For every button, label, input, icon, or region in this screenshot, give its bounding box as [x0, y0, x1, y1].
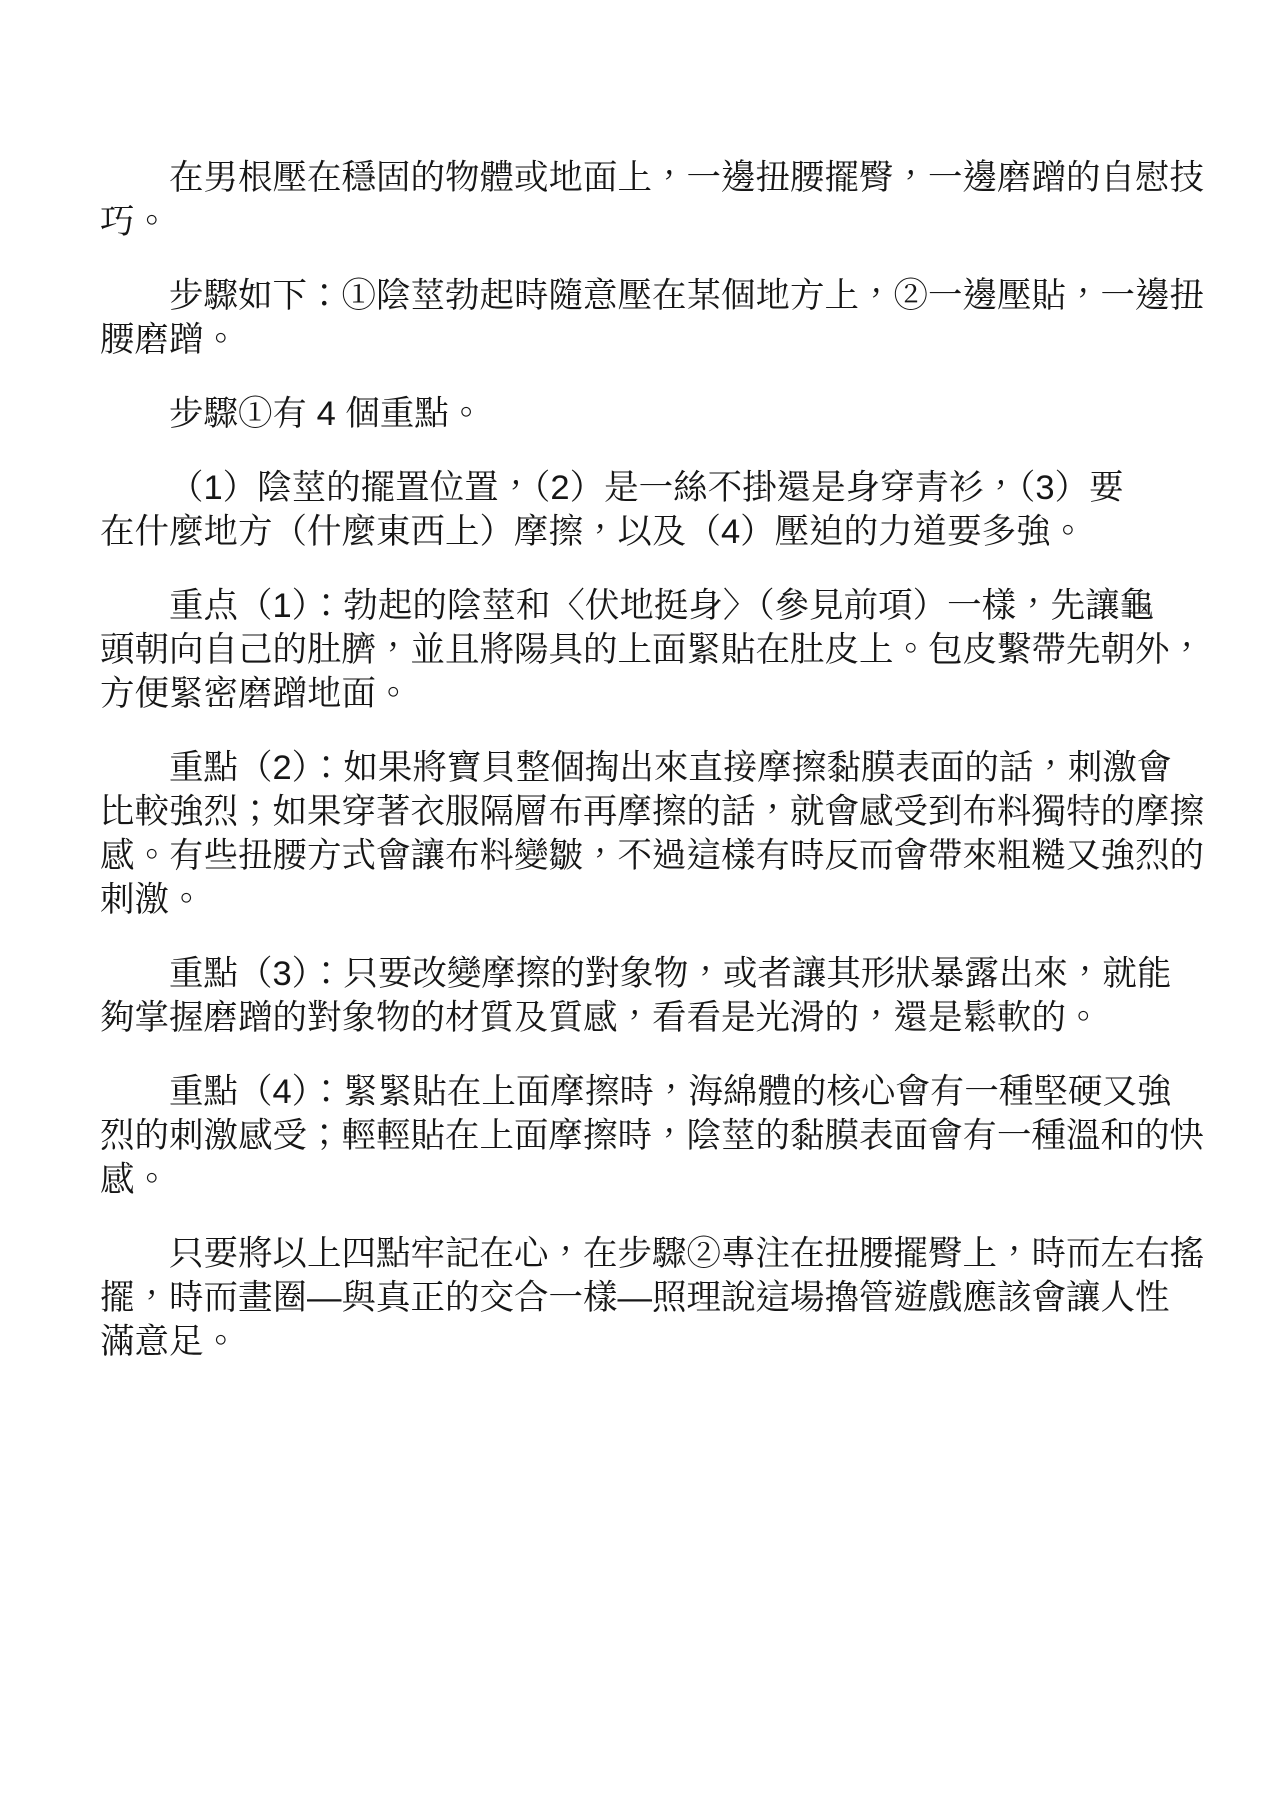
text-line: 腰磨蹭。	[100, 318, 1210, 362]
text-line: 重點（2）：如果將寶貝整個掏出來直接摩擦黏膜表面的話，刺激會	[100, 746, 1210, 790]
text-line: 滿意足。	[100, 1320, 1210, 1364]
text-line: 重點（3）：只要改變摩擦的對象物，或者讓其形狀暴露出來，就能	[100, 952, 1210, 996]
text-line: （1）陰莖的擺置位置，（2）是一絲不掛還是身穿青衫，（3）要	[100, 466, 1210, 510]
paragraph: 重点（1）：勃起的陰莖和〈伏地挺身〉（參見前項）一樣，先讓龜 頭朝向自己的肚臍，…	[100, 584, 1210, 716]
paragraph: 重點（3）：只要改變摩擦的對象物，或者讓其形狀暴露出來，就能 夠掌握磨蹭的對象物…	[100, 952, 1210, 1040]
text-line: 重点（1）：勃起的陰莖和〈伏地挺身〉（參見前項）一樣，先讓龜	[100, 584, 1210, 628]
paragraph: 在男根壓在穩固的物體或地面上，一邊扭腰擺臀，一邊磨蹭的自慰技 巧。	[100, 156, 1210, 244]
paragraph: 步驟①有 4 個重點。	[100, 392, 1210, 436]
text-line: 夠掌握磨蹭的對象物的材質及質感，看看是光滑的，還是鬆軟的。	[100, 996, 1210, 1040]
text-line: 比較強烈；如果穿著衣服隔層布再摩擦的話，就會感受到布料獨特的摩擦	[100, 790, 1210, 834]
paragraph: 重點（2）：如果將寶貝整個掏出來直接摩擦黏膜表面的話，刺激會 比較強烈；如果穿著…	[100, 746, 1210, 922]
text-line: 步驟①有 4 個重點。	[100, 392, 1210, 436]
text-line: 感。有些扭腰方式會讓布料變皺，不過這樣有時反而會帶來粗糙又強烈的	[100, 834, 1210, 878]
text-line: 步驟如下：①陰莖勃起時隨意壓在某個地方上，②一邊壓貼，一邊扭	[100, 274, 1210, 318]
text-line: 刺激。	[100, 878, 1210, 922]
text-line: 在什麼地方（什麼東西上）摩擦，以及（4）壓迫的力道要多強。	[100, 510, 1210, 554]
document-page: 在男根壓在穩固的物體或地面上，一邊扭腰擺臀，一邊磨蹭的自慰技 巧。 步驟如下：①…	[0, 0, 1280, 1813]
text-line: 感。	[100, 1158, 1210, 1202]
text-line: 重點（4）：緊緊貼在上面摩擦時，海綿體的核心會有一種堅硬又強	[100, 1070, 1210, 1114]
text-line: 在男根壓在穩固的物體或地面上，一邊扭腰擺臀，一邊磨蹭的自慰技	[100, 156, 1210, 200]
text-line: 巧。	[100, 200, 1210, 244]
text-line: 頭朝向自己的肚臍，並且將陽具的上面緊貼在肚皮上。包皮繫帶先朝外，	[100, 628, 1210, 672]
paragraph: 只要將以上四點牢記在心，在步驟②專注在扭腰擺臀上，時而左右搖 擺，時而畫圈—與真…	[100, 1232, 1210, 1364]
text-line: 只要將以上四點牢記在心，在步驟②專注在扭腰擺臀上，時而左右搖	[100, 1232, 1210, 1276]
paragraph: 步驟如下：①陰莖勃起時隨意壓在某個地方上，②一邊壓貼，一邊扭 腰磨蹭。	[100, 274, 1210, 362]
paragraph: （1）陰莖的擺置位置，（2）是一絲不掛還是身穿青衫，（3）要 在什麼地方（什麼東…	[100, 466, 1210, 554]
text-line: 擺，時而畫圈—與真正的交合一樣—照理說這場擼管遊戲應該會讓人性	[100, 1276, 1210, 1320]
text-line: 烈的刺激感受；輕輕貼在上面摩擦時，陰莖的黏膜表面會有一種溫和的快	[100, 1114, 1210, 1158]
paragraph: 重點（4）：緊緊貼在上面摩擦時，海綿體的核心會有一種堅硬又強 烈的刺激感受；輕輕…	[100, 1070, 1210, 1202]
text-line: 方便緊密磨蹭地面。	[100, 672, 1210, 716]
